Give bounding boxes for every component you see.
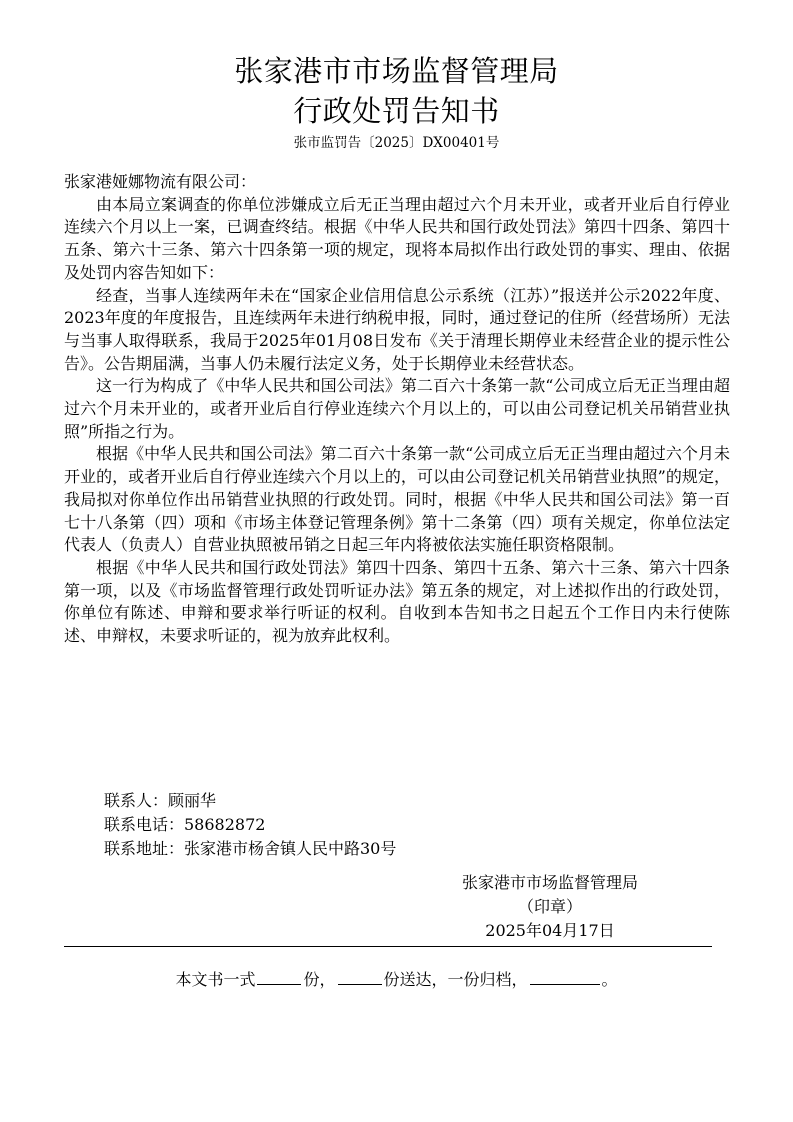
contact-info: 联系人：顾丽华 联系电话：58682872 联系地址：张家港市杨舍镇人民中路30… xyxy=(104,789,396,861)
copies-blank-total xyxy=(257,968,301,985)
paragraph-penalty-basis: 根据《中华人民共和国公司法》第二百六十条第一款“公司成立后无正当理由超过六个月未… xyxy=(64,443,730,557)
document-title: 行政处罚告知书 xyxy=(0,92,793,130)
official-seal: （印章） xyxy=(430,895,670,919)
document-page: 张家港市市场监督管理局 行政处罚告知书 张市监罚告〔2025〕DX00401号 … xyxy=(0,0,793,1122)
paragraph-violation: 这一行为构成了《中华人民共和国公司法》第二百六十条第一款“公司成立后无正当理由超… xyxy=(64,375,730,443)
paragraph-case-summary: 由本局立案调查的你单位涉嫌成立后无正当理由超过六个月未开业，或者开业后自行停业连… xyxy=(64,194,730,285)
copies-text-4: 。 xyxy=(602,970,618,989)
signing-agency: 张家港市市场监督管理局 xyxy=(430,871,670,895)
footer-divider xyxy=(64,946,712,947)
copies-text-3: 份送达，一份归档， xyxy=(384,970,528,989)
addressee: 张家港娅娜物流有限公司： xyxy=(64,171,730,194)
paragraph-rights: 根据《中华人民共和国行政处罚法》第四十四条、第四十五条、第六十三条、第六十四条第… xyxy=(64,557,730,648)
copies-text-2: 份， xyxy=(303,970,335,989)
paragraph-facts: 经查，当事人连续两年未在“国家企业信用信息公示系统（江苏）”报送并公示2022年… xyxy=(64,285,730,376)
notice-body: 张家港娅娜物流有限公司： 由本局立案调查的你单位涉嫌成立后无正当理由超过六个月未… xyxy=(64,171,730,648)
copies-text-1: 本文书一式 xyxy=(175,970,255,989)
signature-block: 张家港市市场监督管理局 （印章） 2025年04月17日 xyxy=(430,871,670,943)
contact-phone: 联系电话：58682872 xyxy=(104,813,396,837)
document-number: 张市监罚告〔2025〕DX00401号 xyxy=(0,134,793,152)
contact-person: 联系人：顾丽华 xyxy=(104,789,396,813)
agency-title: 张家港市市场监督管理局 xyxy=(0,52,793,90)
signing-date: 2025年04月17日 xyxy=(430,919,670,943)
copies-statement: 本文书一式份，份送达，一份归档，。 xyxy=(0,968,793,992)
contact-address: 联系地址：张家港市杨舍镇人民中路30号 xyxy=(104,837,396,861)
copies-blank-served xyxy=(338,968,382,985)
copies-blank-other xyxy=(530,968,600,985)
